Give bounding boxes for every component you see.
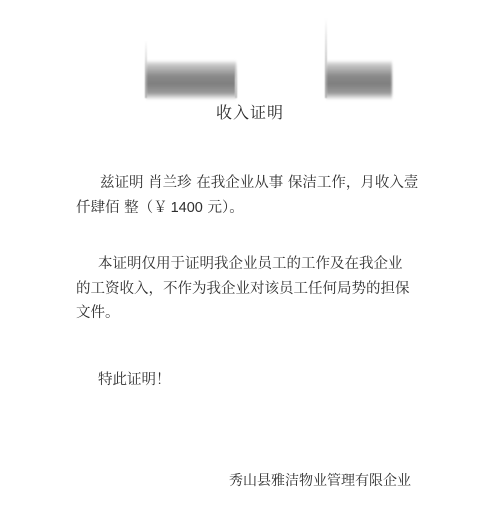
paragraph2-line2: 的工资收入，不作为我企业对该员工任何局势的担保 <box>76 277 410 302</box>
redacted-block-right <box>326 60 392 100</box>
signature-company: 秀山县雅洁物业管理有限企业 <box>229 469 411 494</box>
paragraph2-line1: 本证明仅用于证明我企业员工的工作及在我企业 <box>98 252 403 277</box>
closing-statement: 特此证明！ <box>98 368 171 393</box>
paragraph1-line2: 仟肆佰 整（￥1400 元）。 <box>76 196 244 221</box>
paragraph1-line2-suffix: 元）。 <box>203 200 244 216</box>
paragraph2-line3: 文件。 <box>76 301 120 326</box>
salary-amount: 1400 <box>171 200 203 216</box>
document-title: 收入证明 <box>0 100 500 123</box>
redaction-edge-mid <box>235 62 237 98</box>
paragraph1-line1: 兹证明 肖兰珍 在我企业从事 保洁工作，月收入壹 <box>100 171 418 196</box>
paragraph1-line2-prefix: 仟肆佰 整（ <box>76 200 153 216</box>
currency-symbol: ￥ <box>153 200 168 216</box>
redacted-block-left <box>146 60 236 100</box>
